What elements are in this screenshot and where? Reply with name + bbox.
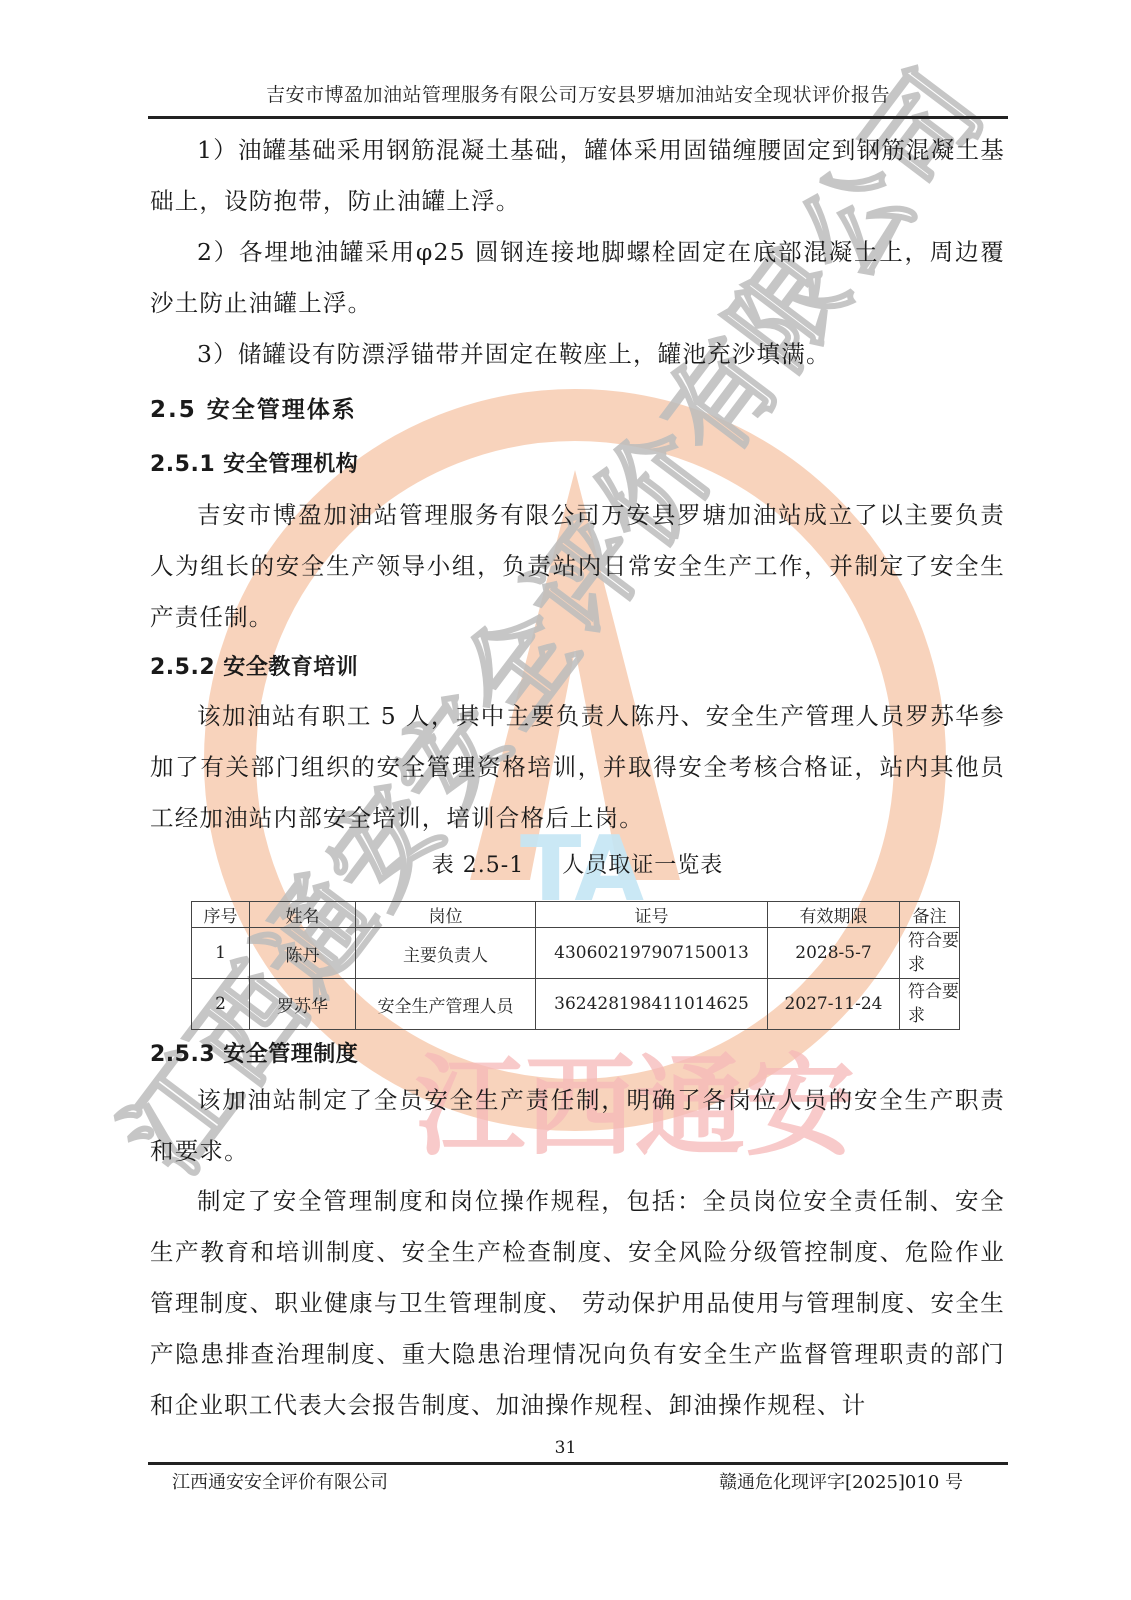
cell-position: 安全生产管理人员 xyxy=(356,979,536,1030)
table-caption: 表 2.5-1人员取证一览表 xyxy=(150,848,1005,879)
cell-index: 2 xyxy=(192,979,250,1030)
section-heading-2-5: 2.5 安全管理体系 xyxy=(150,391,357,424)
personnel-certificate-table: 序号 姓名 岗位 证号 有效期限 备注 1 陈丹 主要负责人 430602197… xyxy=(191,901,960,1030)
paragraph-safety-training: 该加油站有职工 5 人，其中主要负责人陈丹、安全生产管理人员罗苏华参加了有关部门… xyxy=(150,691,1005,844)
table-caption-title: 人员取证一览表 xyxy=(562,853,723,878)
document-page: TA 江西通安 江西通安安全评价有限公司 吉安市博盈加油站管理服务有限公司万安县… xyxy=(0,0,1131,1600)
page-number: 31 xyxy=(0,1438,1131,1458)
column-header-position: 岗位 xyxy=(356,902,536,928)
cell-remarks: 符合要求 xyxy=(900,928,960,979)
cell-validity: 2028-5-7 xyxy=(768,928,900,979)
header-rule xyxy=(148,116,1008,119)
paragraph-storage-tank: 3）储罐设有防漂浮锚带并固定在鞍座上，罐池充沙填满。 xyxy=(150,329,1005,380)
cell-name: 陈丹 xyxy=(250,928,356,979)
running-header: 吉安市博盈加油站管理服务有限公司万安县罗塘加油站安全现状评价报告 xyxy=(148,80,1008,107)
section-heading-2-5-2: 2.5.2 安全教育培训 xyxy=(150,650,358,681)
column-header-name: 姓名 xyxy=(250,902,356,928)
paragraph-tank-foundation: 1）油罐基础采用钢筋混凝土基础，罐体采用固锚缠腰固定到钢筋混凝土基础上，设防抱带… xyxy=(150,125,1005,227)
table-caption-number: 表 2.5-1 xyxy=(432,853,524,878)
section-heading-2-5-3: 2.5.3 安全管理制度 xyxy=(150,1037,358,1068)
column-header-validity: 有效期限 xyxy=(768,902,900,928)
column-header-remarks: 备注 xyxy=(900,902,960,928)
cell-validity: 2027-11-24 xyxy=(768,979,900,1030)
section-heading-2-5-1: 2.5.1 安全管理机构 xyxy=(150,447,358,478)
paragraph-safety-organization: 吉安市博盈加油站管理服务有限公司万安县罗塘加油站成立了以主要负责人为组长的安全生… xyxy=(150,490,1005,643)
paragraph-buried-tank: 2）各埋地油罐采用φ25 圆钢连接地脚螺栓固定在底部混凝土上，周边覆沙土防止油罐… xyxy=(150,227,1005,329)
column-header-certificate-no: 证号 xyxy=(536,902,768,928)
table-row: 2 罗苏华 安全生产管理人员 362428198411014625 2027-1… xyxy=(192,979,960,1030)
cell-remarks: 符合要求 xyxy=(900,979,960,1030)
page-content: 吉安市博盈加油站管理服务有限公司万安县罗塘加油站安全现状评价报告 1）油罐基础采… xyxy=(0,0,1131,1600)
paragraph-management-rules: 制定了安全管理制度和岗位操作规程，包括：全员岗位安全责任制、安全生产教育和培训制… xyxy=(150,1176,1005,1431)
cell-name: 罗苏华 xyxy=(250,979,356,1030)
paragraph-responsibility-system: 该加油站制定了全员安全生产责任制，明确了各岗位人员的安全生产职责和要求。 xyxy=(150,1075,1005,1177)
footer-document-number: 赣通危化现评字[2025]010 号 xyxy=(719,1468,963,1494)
column-header-index: 序号 xyxy=(192,902,250,928)
table-row: 1 陈丹 主要负责人 430602197907150013 2028-5-7 符… xyxy=(192,928,960,979)
table-header-row: 序号 姓名 岗位 证号 有效期限 备注 xyxy=(192,902,960,928)
cell-certificate-no: 430602197907150013 xyxy=(536,928,768,979)
cell-index: 1 xyxy=(192,928,250,979)
cell-certificate-no: 362428198411014625 xyxy=(536,979,768,1030)
footer-company: 江西通安安全评价有限公司 xyxy=(172,1468,388,1494)
cell-position: 主要负责人 xyxy=(356,928,536,979)
footer-rule xyxy=(148,1462,1008,1465)
